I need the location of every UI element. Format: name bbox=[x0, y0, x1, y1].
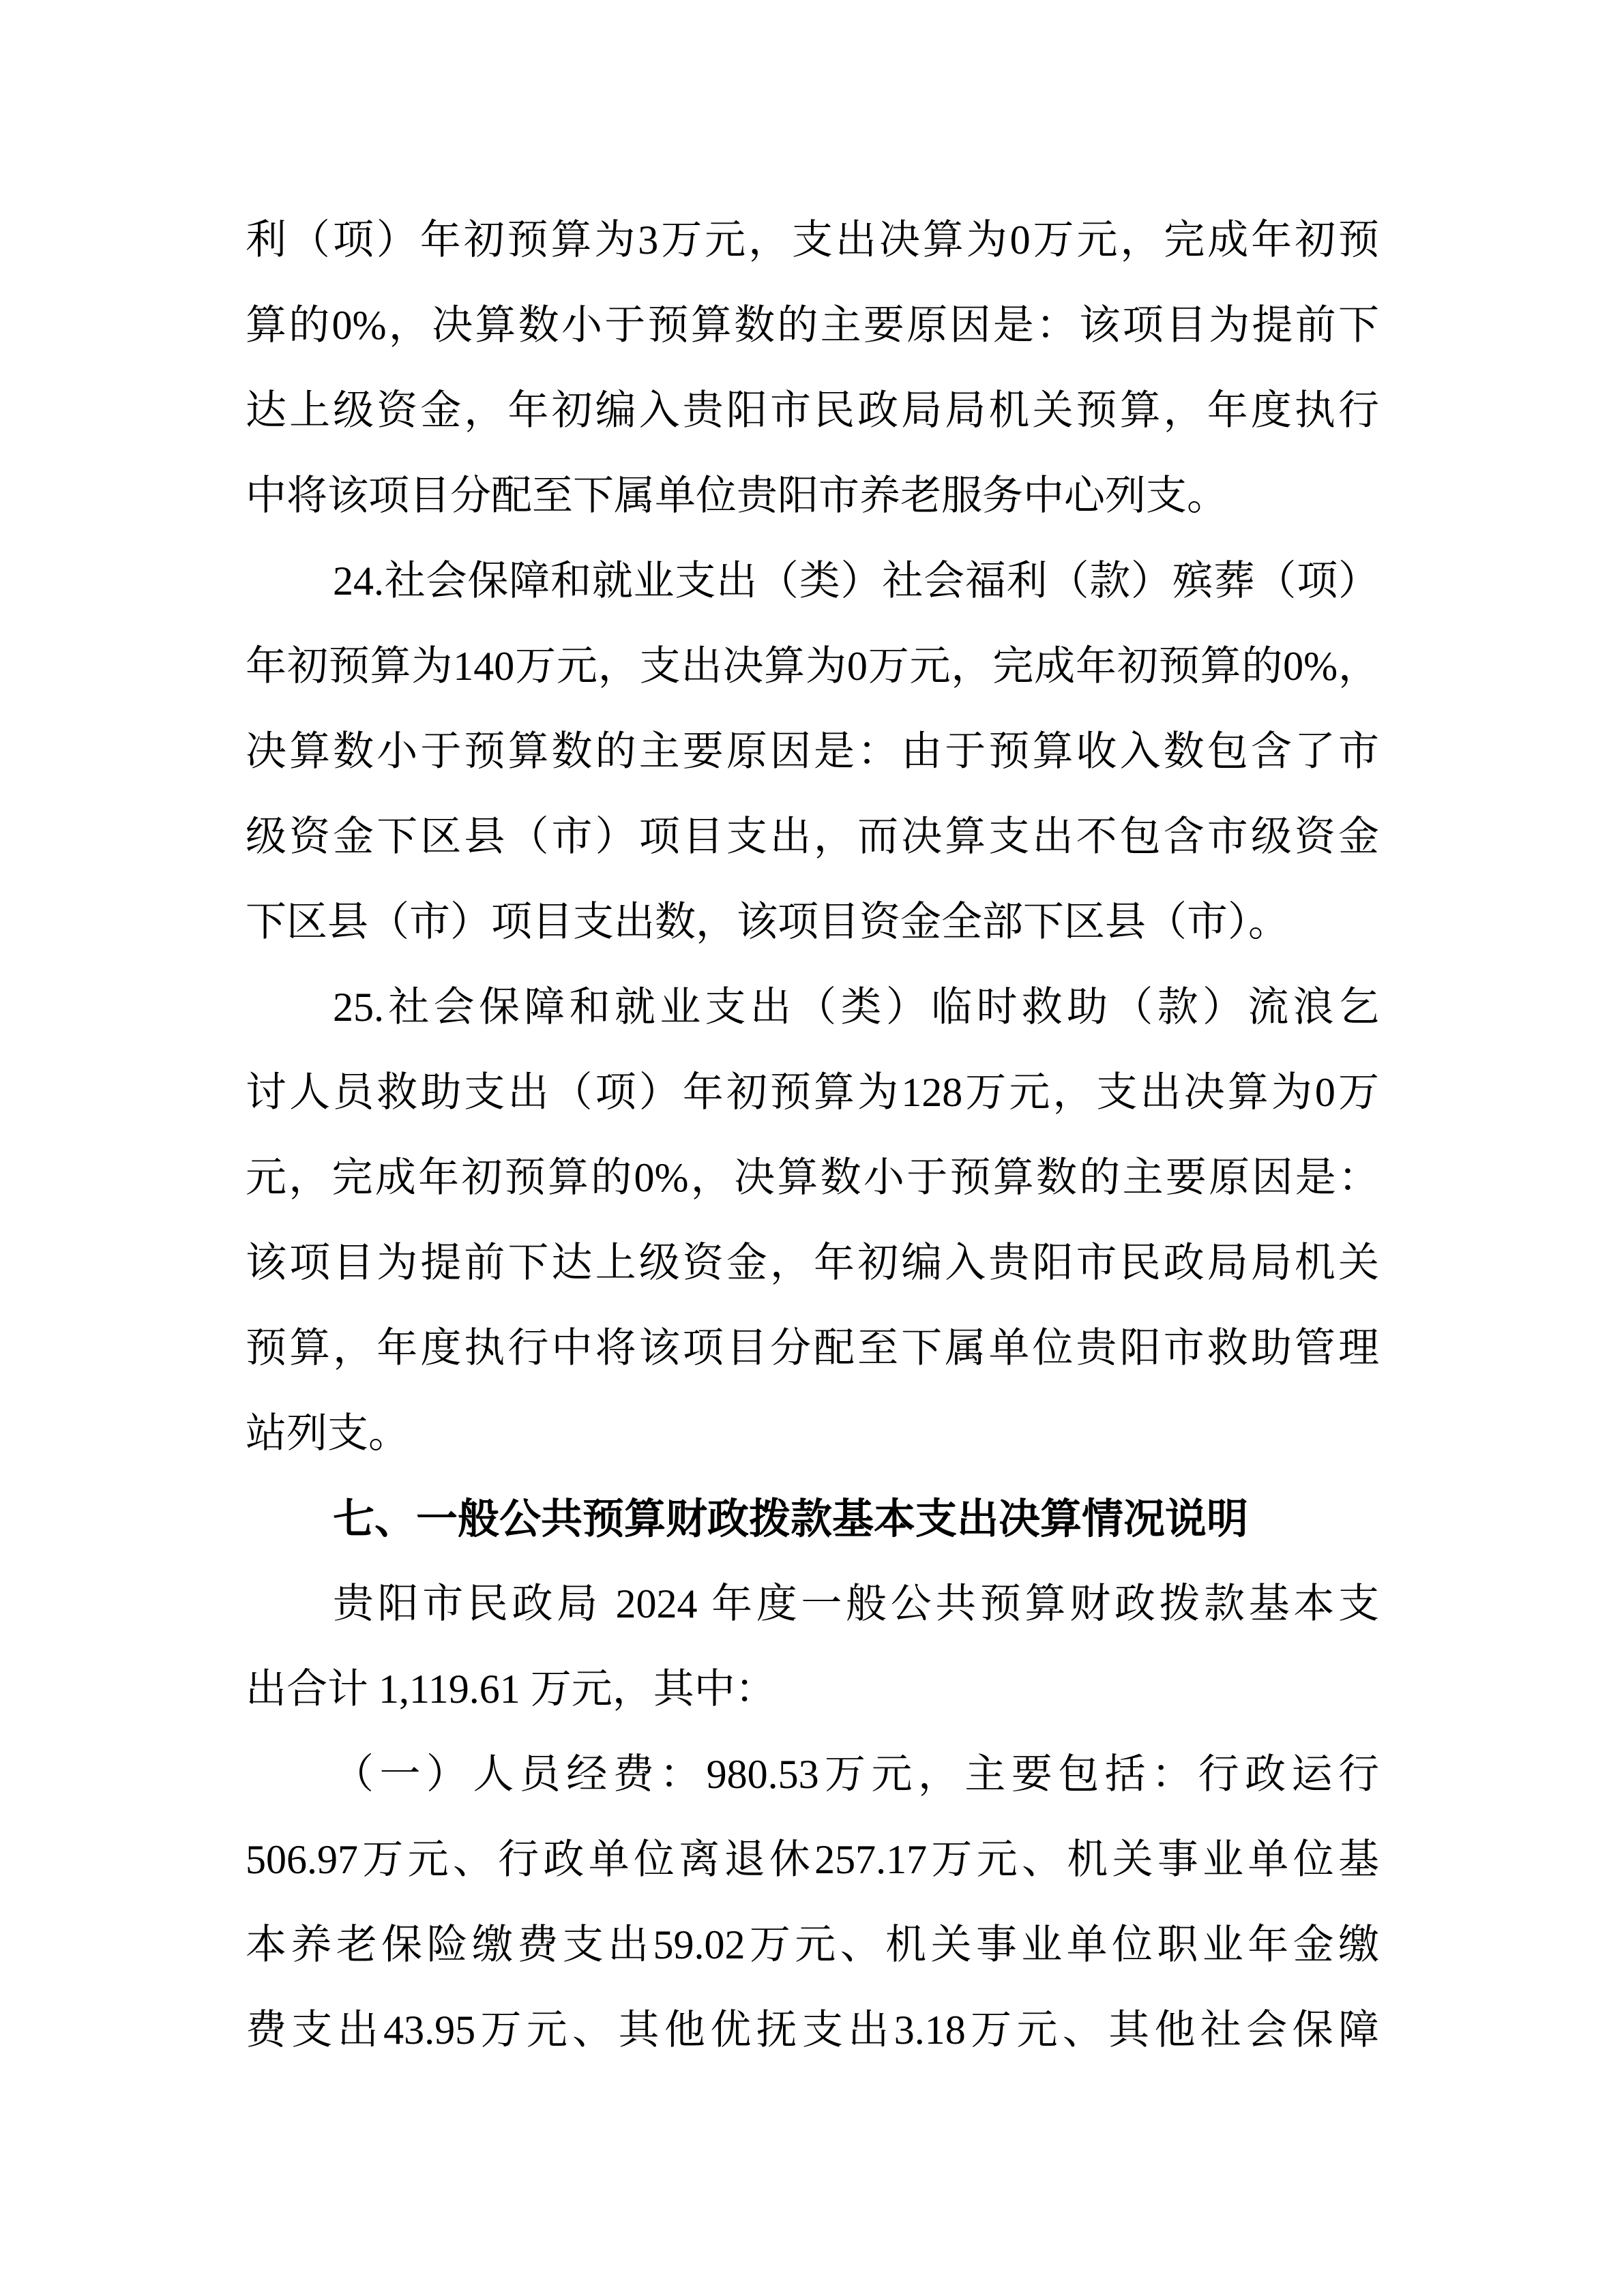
heading-section-seven: 七、一般公共预算财政拨款基本支出决算情况说明 bbox=[246, 1476, 1379, 1562]
text-line: 25.社会保障和就业支出（类）临时救助（款）流浪乞 bbox=[246, 965, 1379, 1050]
text-line: 达上级资金，年初编入贵阳市民政局局机关预算，年度执行 bbox=[246, 368, 1379, 453]
section-heading-line: 七、一般公共预算财政拨款基本支出决算情况说明 bbox=[246, 1476, 1379, 1562]
text-line: 中将该项目分配至下属单位贵阳市养老服务中心列支。 bbox=[246, 453, 1379, 539]
text-line: 级资金下区县（市）项目支出，而决算支出不包含市级资金 bbox=[246, 794, 1379, 880]
text-line: 出合计 1,119.61 万元，其中： bbox=[246, 1647, 1379, 1732]
text-line: 元，完成年初预算的0%，决算数小于预算数的主要原因是： bbox=[246, 1135, 1379, 1221]
text-line: 本养老保险缴费支出59.02万元、机关事业单位职业年金缴 bbox=[246, 1903, 1379, 1988]
text-line: 该项目为提前下达上级资金，年初编入贵阳市民政局局机关 bbox=[246, 1221, 1379, 1306]
text-line: 决算数小于预算数的主要原因是：由于预算收入数包含了市 bbox=[246, 709, 1379, 794]
text-line: 预算，年度执行中将该项目分配至下属单位贵阳市救助管理 bbox=[246, 1306, 1379, 1391]
text-line: 贵阳市民政局 2024 年度一般公共预算财政拨款基本支 bbox=[246, 1562, 1379, 1647]
text-line: 年初预算为140万元，支出决算为0万元，完成年初预算的0%， bbox=[246, 624, 1379, 709]
text-line: 讨人员救助支出（项）年初预算为128万元，支出决算为0万 bbox=[246, 1050, 1379, 1135]
text-line: （一）人员经费：980.53万元，主要包括：行政运行 bbox=[246, 1732, 1379, 1817]
text-line: 下区县（市）项目支出数，该项目资金全部下区县（市）。 bbox=[246, 880, 1379, 965]
text-line: 费支出43.95万元、其他优抚支出3.18万元、其他社会保障 bbox=[246, 1988, 1379, 2073]
text-line: 利（项）年初预算为3万元，支出决算为0万元，完成年初预 bbox=[246, 198, 1379, 283]
text-line: 算的0%，决算数小于预算数的主要原因是：该项目为提前下 bbox=[246, 283, 1379, 368]
text-block: 利（项）年初预算为3万元，支出决算为0万元，完成年初预算的0%，决算数小于预算数… bbox=[246, 198, 1379, 2073]
para-item-25: 25.社会保障和就业支出（类）临时救助（款）流浪乞讨人员救助支出（项）年初预算为… bbox=[246, 965, 1379, 1476]
para-personnel-funds: （一）人员经费：980.53万元，主要包括：行政运行506.97万元、行政单位离… bbox=[246, 1732, 1379, 2073]
para-item-24: 24.社会保障和就业支出（类）社会福利（款）殡葬（项）年初预算为140万元，支出… bbox=[246, 539, 1379, 965]
text-line: 24.社会保障和就业支出（类）社会福利（款）殡葬（项） bbox=[246, 539, 1379, 624]
para-item-23-continuation: 利（项）年初预算为3万元，支出决算为0万元，完成年初预算的0%，决算数小于预算数… bbox=[246, 198, 1379, 539]
text-line: 站列支。 bbox=[246, 1391, 1379, 1476]
document-page: 利（项）年初预算为3万元，支出决算为0万元，完成年初预算的0%，决算数小于预算数… bbox=[0, 0, 1624, 2296]
text-line: 506.97万元、行政单位离退休257.17万元、机关事业单位基 bbox=[246, 1817, 1379, 1903]
para-section-seven-intro: 贵阳市民政局 2024 年度一般公共预算财政拨款基本支出合计 1,119.61 … bbox=[246, 1562, 1379, 1732]
